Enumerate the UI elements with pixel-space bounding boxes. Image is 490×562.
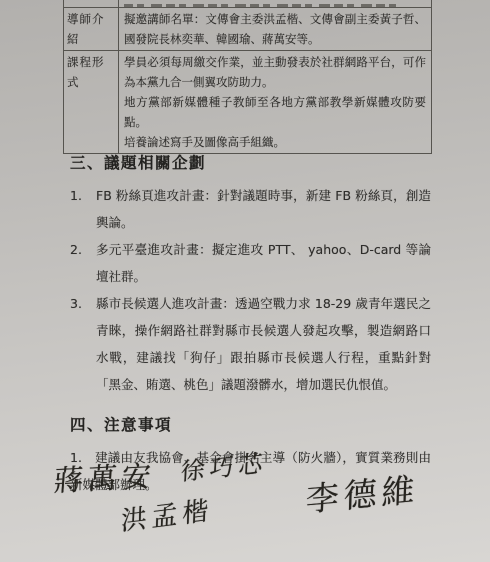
table-clipped-content-cell bbox=[119, 0, 431, 7]
document-photo: 導師介紹 擬邀講師名單：文傳會主委洪孟楷、文傳會副主委黃子哲、國發院長林奕華、韓… bbox=[0, 0, 490, 562]
table-row-content: 學員必須每周繳交作業，並主動發表於社群網路平台，可作為本黨九合一側翼攻防助力。 … bbox=[119, 51, 431, 153]
section-heading: 三、議題相關企劃 bbox=[70, 151, 431, 173]
section-topic-plans: 三、議題相關企劃 1. FB 粉絲頁進攻計畫：針對議題時事，新建 FB 粉絲頁，… bbox=[70, 151, 431, 398]
list-item-number: 2. bbox=[70, 236, 96, 290]
list-item-text: 縣市長候選人進攻計畫：透過空戰力求 18-29 歲青年選民之青睞，操作網路社群對… bbox=[96, 290, 431, 398]
table-clipped-label-cell bbox=[64, 0, 119, 7]
table-row-label: 導師介紹 bbox=[64, 8, 119, 50]
list-item: 2. 多元平臺進攻計畫：擬定進攻 PTT、 yahoo、D-card 等論壇社群… bbox=[70, 236, 431, 290]
signature-lee-te-wei: 李德維 bbox=[305, 464, 420, 521]
course-format-line: 地方黨部新媒體種子教師至各地方黨部教學新媒體攻防要點。 bbox=[124, 92, 426, 132]
table-row-content: 擬邀講師名單：文傳會主委洪孟楷、文傳會副主委黃子哲、國發院長林奕華、韓國瑜、蔣萬… bbox=[119, 8, 431, 50]
clipped-text-remnant bbox=[124, 4, 402, 7]
list-item-number: 1. bbox=[70, 182, 96, 236]
table-row-course-format: 課程形式 學員必須每周繳交作業，並主動發表於社群網路平台，可作為本黨九合一側翼攻… bbox=[64, 50, 431, 153]
table-row-instructors: 導師介紹 擬邀講師名單：文傳會主委洪孟楷、文傳會副主委黃子哲、國發院長林奕華、韓… bbox=[64, 7, 431, 50]
course-plan-table: 導師介紹 擬邀講師名單：文傳會主委洪孟楷、文傳會副主委黃子哲、國發院長林奕華、韓… bbox=[63, 0, 432, 154]
course-format-line: 學員必須每周繳交作業，並主動發表於社群網路平台，可作為本黨九合一側翼攻防助力。 bbox=[124, 52, 426, 92]
list-item-number: 3. bbox=[70, 290, 96, 398]
list-item: 1. FB 粉絲頁進攻計畫：針對議題時事，新建 FB 粉絲頁，創造輿論。 bbox=[70, 182, 431, 236]
list-item: 3. 縣市長候選人進攻計畫：透過空戰力求 18-29 歲青年選民之青睞，操作網路… bbox=[70, 290, 431, 398]
section-heading: 四、注意事項 bbox=[70, 413, 431, 435]
list-item-text: 多元平臺進攻計畫：擬定進攻 PTT、 yahoo、D-card 等論壇社群。 bbox=[96, 236, 431, 290]
list-item-text: FB 粉絲頁進攻計畫：針對議題時事，新建 FB 粉絲頁，創造輿論。 bbox=[96, 182, 431, 236]
signature-chiang-wan-an: 蔣萬安 bbox=[53, 454, 158, 501]
table-row-clipped bbox=[64, 0, 431, 7]
table-row-label: 課程形式 bbox=[64, 51, 119, 153]
course-format-line: 培養論述寫手及圖像高手組織。 bbox=[124, 132, 426, 152]
